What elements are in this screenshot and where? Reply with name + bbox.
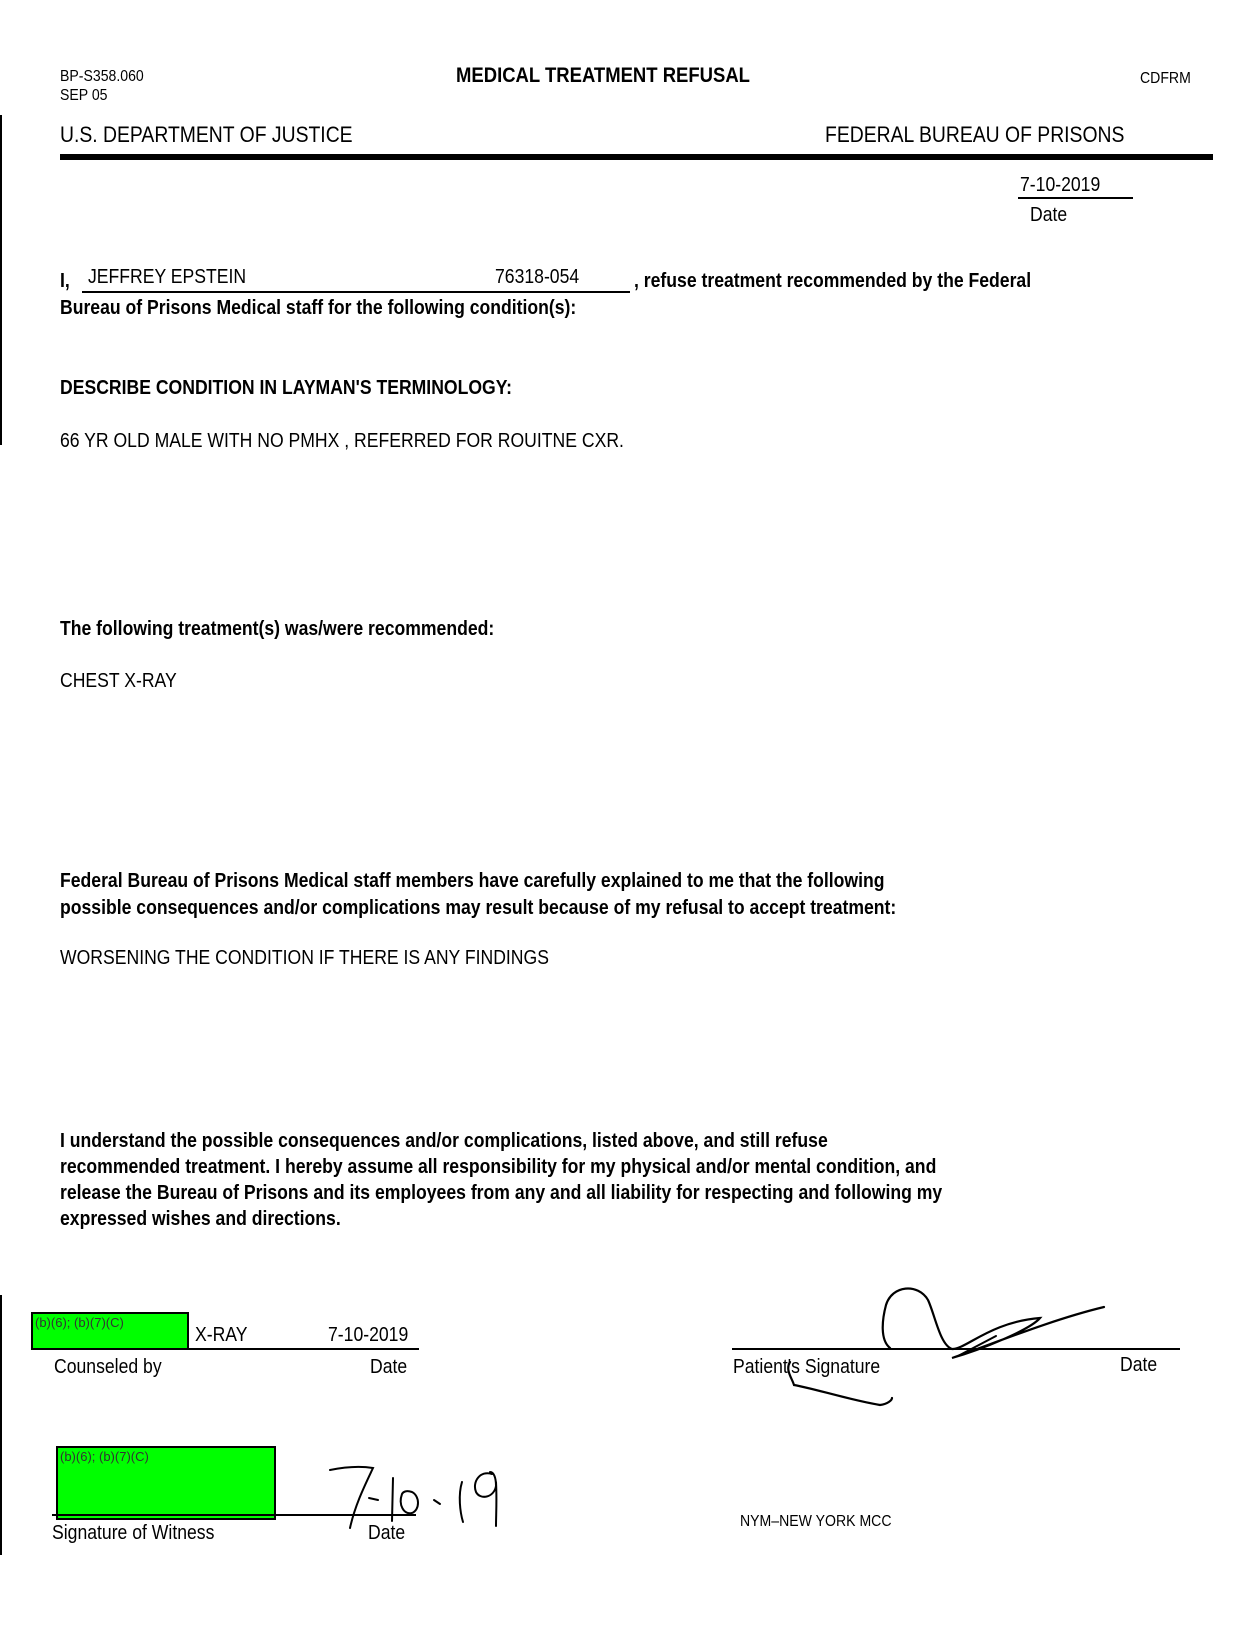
statement-line-2: Bureau of Prisons Medical staff for the … <box>60 297 576 320</box>
counseled-date-label: Date <box>370 1356 407 1379</box>
consequences-heading-line-2: possible consequences and/or complicatio… <box>60 897 896 920</box>
witness-handwritten-date <box>0 0 1248 1650</box>
form-revision-date: SEP 05 <box>60 86 107 105</box>
witness-redaction: (b)(6); (b)(7)(C) <box>56 1446 276 1520</box>
form-date-value[interactable]: 7-10-2019 <box>1020 174 1100 197</box>
condition-heading: DESCRIBE CONDITION IN LAYMAN'S TERMINOLO… <box>60 377 512 400</box>
form-date-label: Date <box>1030 204 1067 227</box>
witness-date-label: Date <box>368 1522 405 1545</box>
patient-signature-underline <box>732 1348 1180 1350</box>
treatment-heading: The following treatment(s) was/were reco… <box>60 618 494 641</box>
counselor-redaction: (b)(6); (b)(7)(C) <box>31 1312 189 1350</box>
condition-description[interactable]: 66 YR OLD MALE WITH NO PMHX , REFERRED F… <box>60 430 624 453</box>
department-name: U.S. DEPARTMENT OF JUSTICE <box>60 122 353 148</box>
consequences-value[interactable]: WORSENING THE CONDITION IF THERE IS ANY … <box>60 947 549 970</box>
document-title: MEDICAL TREATMENT REFUSAL <box>456 64 750 88</box>
scan-edge-mark <box>0 115 2 445</box>
register-number-field[interactable]: 76318-054 <box>495 266 579 289</box>
consequences-heading-line-1: Federal Bureau of Prisons Medical staff … <box>60 870 884 893</box>
patient-name-field[interactable]: JEFFREY EPSTEIN <box>88 266 246 289</box>
witness-signature-label: Signature of Witness <box>52 1522 214 1545</box>
counseled-date-value[interactable]: 7-10-2019 <box>328 1324 408 1347</box>
statement-prefix: I, <box>60 270 70 293</box>
counseled-value[interactable]: X-RAY <box>195 1324 247 1347</box>
form-code: CDFRM <box>1140 69 1191 88</box>
acknowledgement-line-1: I understand the possible consequences a… <box>60 1130 828 1153</box>
witness-underline <box>52 1514 416 1516</box>
counseled-by-label: Counseled by <box>54 1356 162 1379</box>
header-rule <box>60 154 1213 160</box>
name-underline <box>82 291 630 293</box>
form-date-underline <box>1018 197 1133 199</box>
acknowledgement-line-4: expressed wishes and directions. <box>60 1208 341 1231</box>
redaction-code: (b)(6); (b)(7)(C) <box>35 1315 124 1330</box>
acknowledgement-line-2: recommended treatment. I hereby assume a… <box>60 1156 936 1179</box>
agency-name: FEDERAL BUREAU OF PRISONS <box>825 122 1124 148</box>
acknowledgement-line-3: release the Bureau of Prisons and its em… <box>60 1182 942 1205</box>
institution-name: NYM–NEW YORK MCC <box>740 1512 892 1531</box>
patient-signature-date-label: Date <box>1120 1354 1157 1377</box>
treatment-value[interactable]: CHEST X-RAY <box>60 670 177 693</box>
counseled-underline <box>31 1348 419 1350</box>
statement-suffix: , refuse treatment recommended by the Fe… <box>634 270 1031 293</box>
patient-signature-mark <box>0 0 1248 1650</box>
scan-edge-mark <box>0 1295 2 1555</box>
redaction-code: (b)(6); (b)(7)(C) <box>60 1449 149 1464</box>
patient-signature-label: Patient's Signature <box>733 1356 880 1379</box>
form-number: BP-S358.060 <box>60 67 144 86</box>
